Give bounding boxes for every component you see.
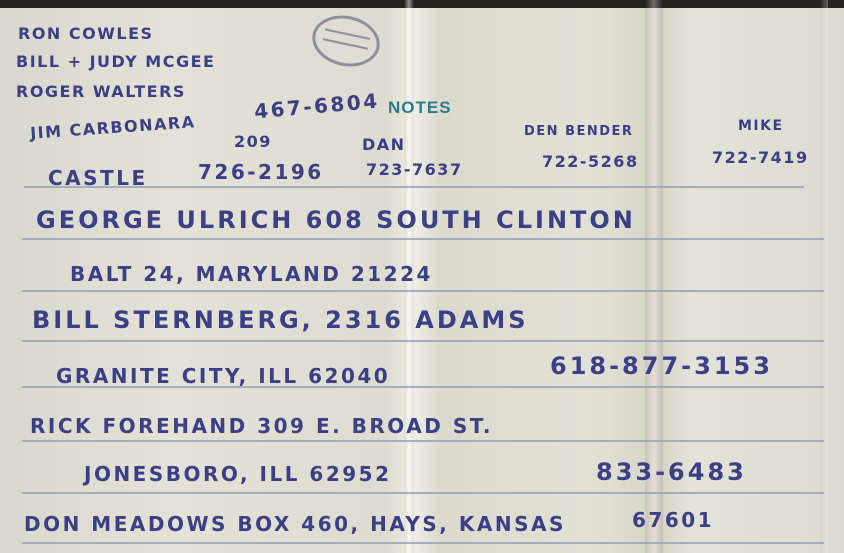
den-bender-label: Den Bender [524,124,633,139]
rule-line [22,340,824,342]
entry-3-line1: Rick Forehand 309 E. Broad St. [30,414,493,438]
rule-line [22,238,824,240]
mike-phone: 722-7419 [712,148,809,167]
rule-line [22,290,824,292]
name-bill-judy-mcgee: Bill + Judy McGee [16,52,215,71]
den-phone: 722-5268 [542,152,639,171]
rule-line [22,542,824,544]
dan-label: DAN [362,135,406,154]
entry-3-line2: Jonesboro, Ill 62952 [84,462,392,486]
entry-2-phone: 618-877-3153 [550,352,773,380]
printed-header: NOTES [388,98,452,118]
jim-phone: 467-6804 [253,89,380,124]
paper-fold [820,0,828,553]
entry-1-line1: George Ulrich 608 South Clinton [36,206,636,234]
entry-1-line2: Balt 24, Maryland 21224 [70,262,433,286]
top-edge-shadow [0,0,844,8]
castle-phone: 726-2196 [198,160,324,184]
entry-2-line2: Granite City, Ill 62040 [56,364,390,388]
rule-line [22,440,824,442]
dan-phone: 723-7637 [366,160,463,179]
rule-line [22,386,824,388]
note-paper: Ron Cowles Bill + Judy McGee Roger Walte… [0,0,844,553]
name-jim-carbonara: Jim Carbonara [30,112,197,143]
name-roger-walters: Roger Walters [16,82,186,101]
rule-line [22,492,824,494]
area-code-label: 209 [234,132,272,151]
entry-4-zip: 67601 [632,508,714,532]
name-ron-cowles: Ron Cowles [18,24,154,43]
doodle-icon [308,9,385,72]
mike-label: Mike [738,118,784,134]
entry-3-phone: 833-6483 [596,458,747,486]
entry-4-line1: Don Meadows Box 460, Hays, Kansas [24,512,566,536]
entry-2-line1: Bill Sternberg, 2316 Adams [32,306,529,334]
rule-line [24,186,804,188]
